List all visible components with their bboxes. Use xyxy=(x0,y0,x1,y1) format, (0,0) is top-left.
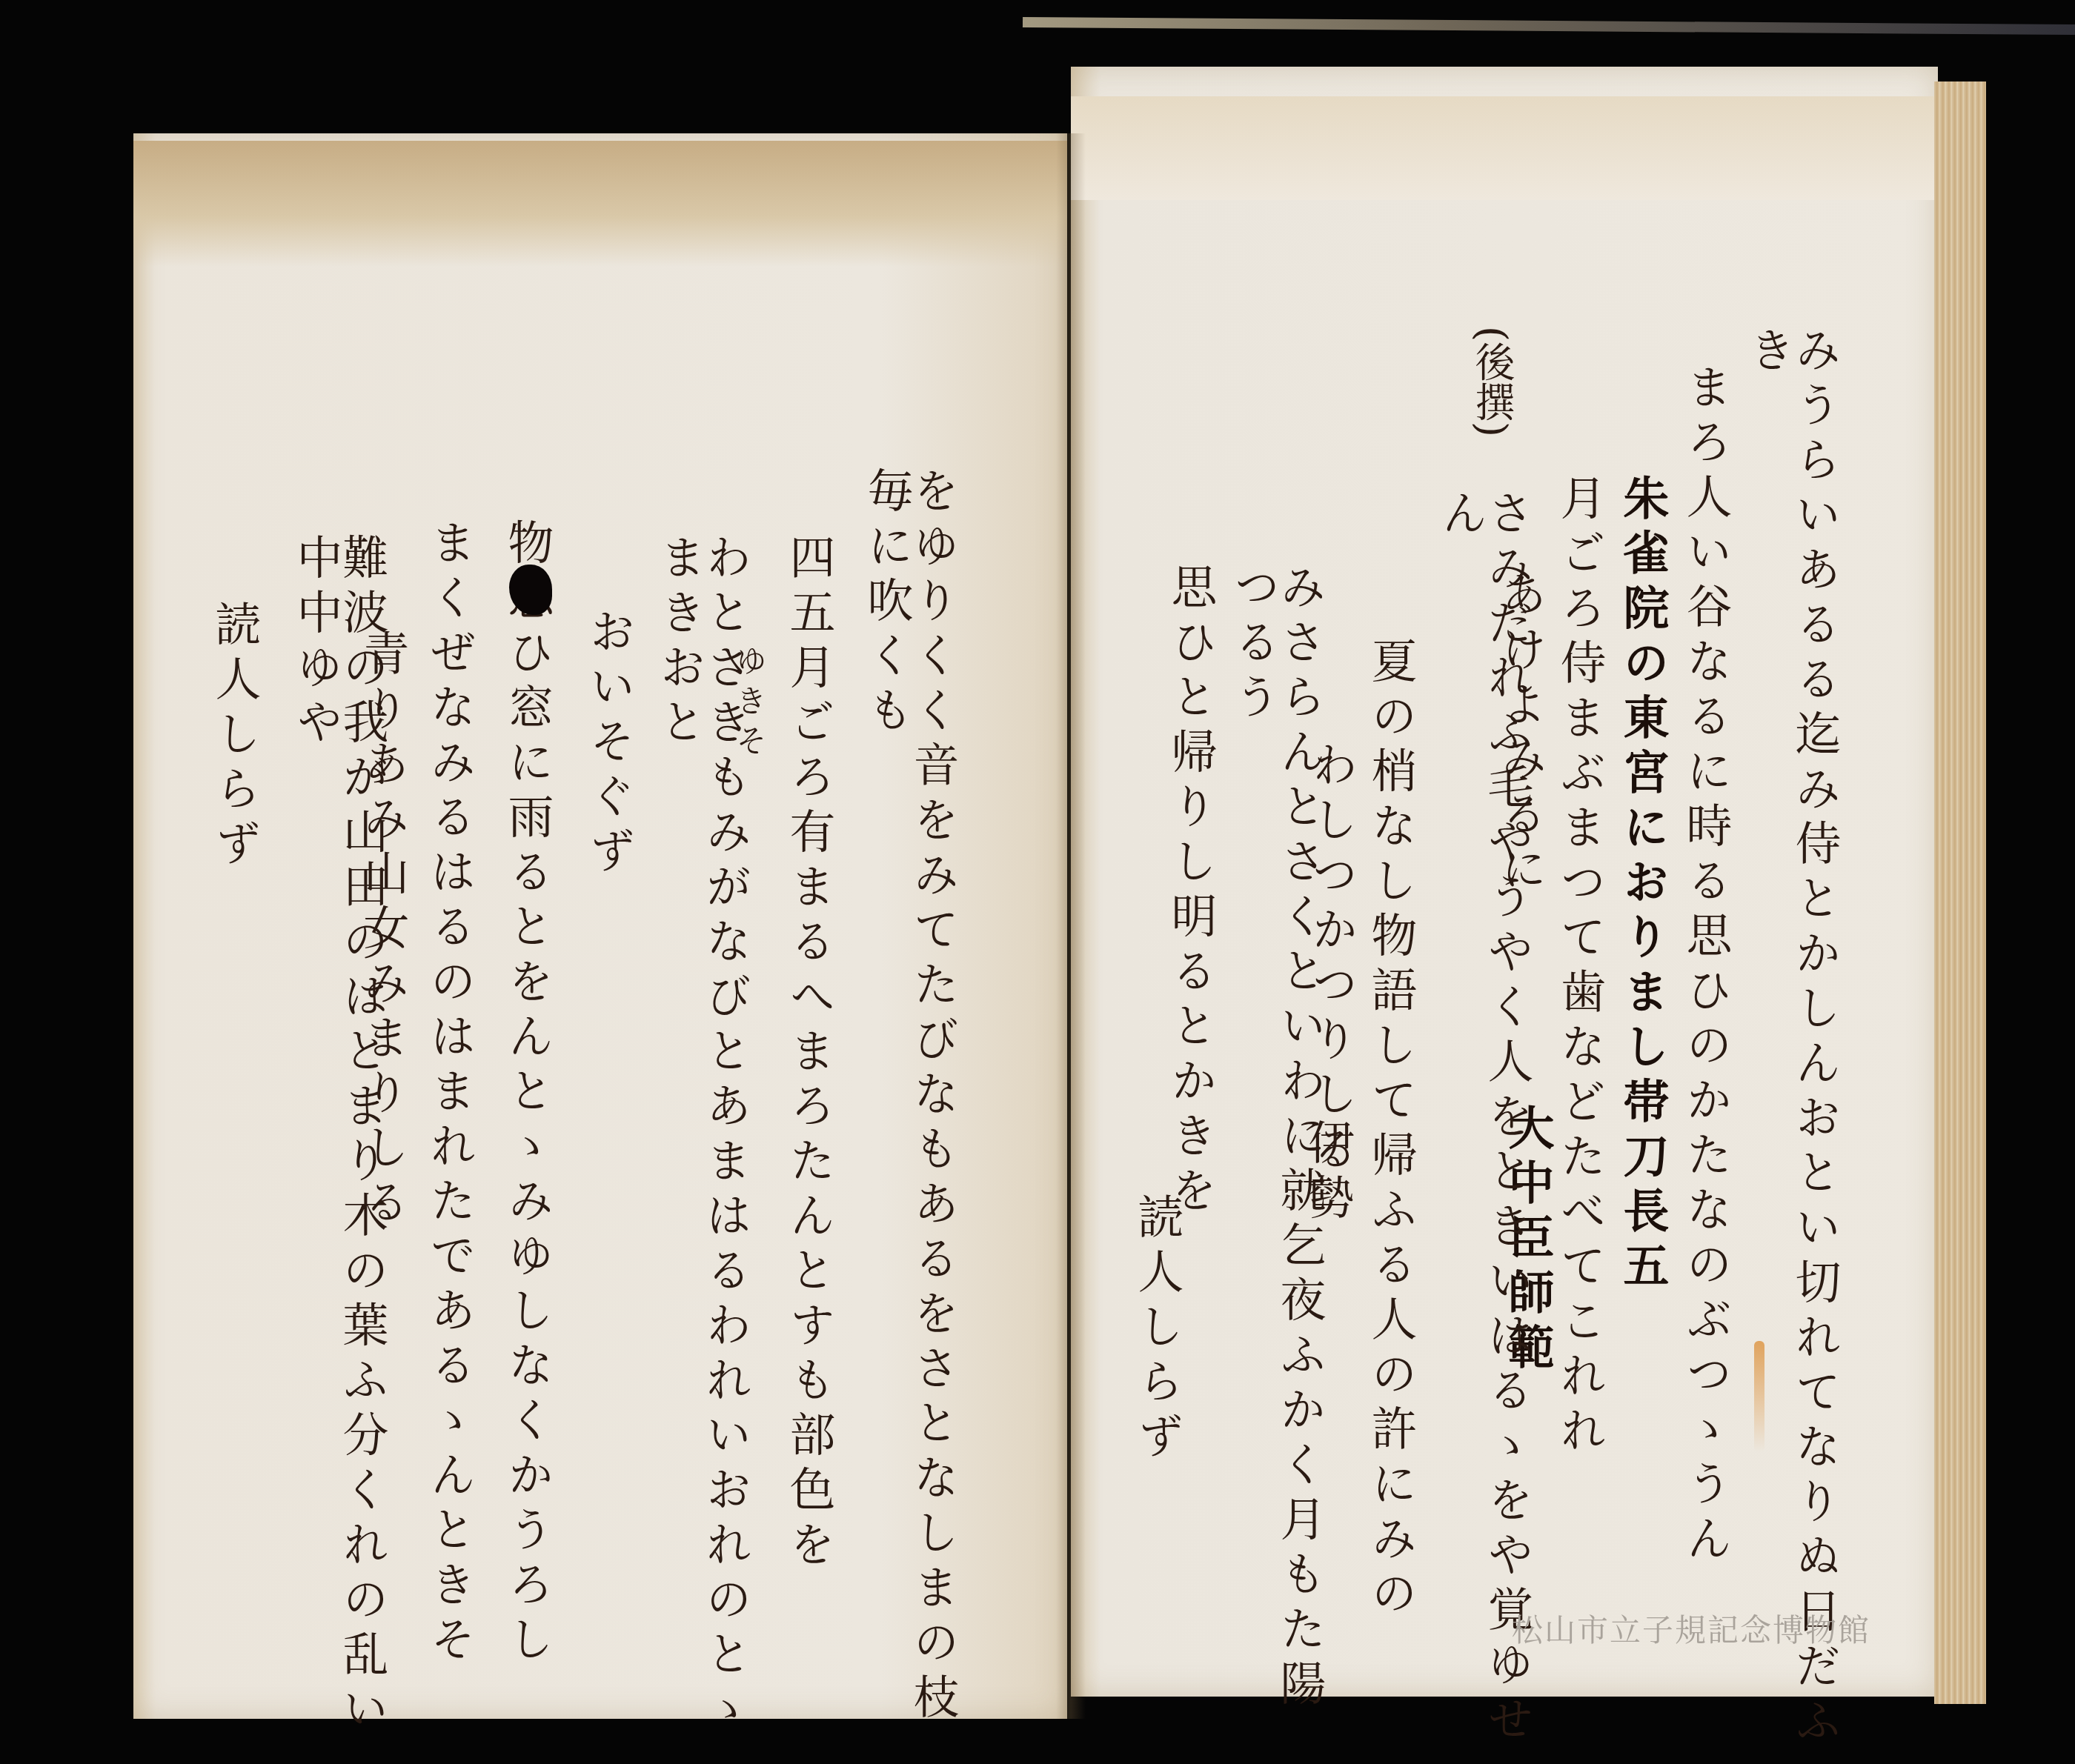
right-col-author-3: 読人しらず xyxy=(1134,1193,1180,1467)
museum-watermark: 松山市立子規記念博物館 xyxy=(1512,1606,1870,1651)
left-col-5: おいそぐず xyxy=(585,608,631,882)
right-col-9: みさらんとさくといわに就乞夜ふかく月もた陽つるう xyxy=(1230,563,1322,1764)
annotation-gosen: (後撰) xyxy=(1464,326,1521,437)
left-col-1: をゆりくく音をみてたびなもあるをさとなしまの枝毎に吹くも xyxy=(863,467,955,1764)
background-glint xyxy=(1023,17,2075,35)
left-col-2: 四五月ごろ有まるへまろたんとすも部色を xyxy=(786,533,831,1575)
right-col-1: みうらいあるる迄み侍とかしんおとい切れてなりぬ日だふき xyxy=(1745,326,1837,1764)
right-col-10: 思ひと帰りし明るとかきを xyxy=(1167,563,1213,1221)
left-page-top-edge xyxy=(133,141,1067,267)
right-col-7: 夏の梢なし物語して帰ふる人の許にみの xyxy=(1367,637,1413,1624)
right-col-2: まろ人い谷なるに時る思ひのかたなのぶつゝうん xyxy=(1682,363,1728,1569)
left-col-7: まくぜなみるはるのはまれたであるゝんときそ xyxy=(426,519,472,1670)
book-fore-edge xyxy=(1934,81,1986,1704)
book-gutter xyxy=(1056,133,1086,1719)
right-col-3: 朱雀院の東宮におりまし帯刀長五 xyxy=(1619,474,1665,1297)
left-col-6: 物思ひ窓に雨るとをんとゝみゆしなくかうろし xyxy=(504,519,550,1670)
right-col-4: 月ごろ侍まぶまつて歯などたべてこれれ xyxy=(1556,474,1602,1461)
left-col-10: 読人しらず xyxy=(211,600,257,874)
left-col-9: 難波の我が山田のはとまり木の葉ふ分くれの乱い中中ゆや xyxy=(293,533,385,1764)
right-page-top-edge xyxy=(1071,96,1960,200)
paper-stain xyxy=(1754,1341,1764,1452)
right-col-6: さみだれふ毛やうやく人をときいはるゝをや覚ゆせん xyxy=(1438,489,1530,1764)
left-col-4: わとさきもみがなびとあまはるわれいおれのとゝまきおと xyxy=(656,533,748,1764)
